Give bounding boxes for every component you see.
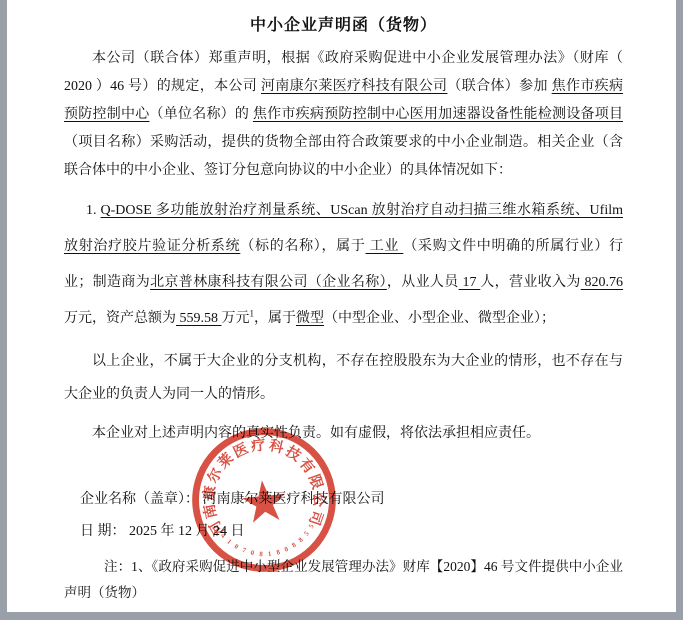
paragraph-item-1: 1. Q-DOSE 多功能放射治疗剂量系统、UScan 放射治疗自动扫描三维水箱… [64, 193, 623, 337]
text-segment: ，从业人员 [387, 275, 459, 290]
paragraph-responsibility: 本企业对上述声明内容的真实性负责。如有虚假，将依法承担相应责任。 [64, 419, 623, 448]
text-segment: 微型 [296, 311, 324, 326]
doc-title: 中小企业声明函（货物） [64, 12, 623, 35]
text-segment: 万元 [222, 311, 250, 326]
text-segment: 本企业对上述声明内容的真实性负责。如有虚假，将依法承担相应责任。 [92, 426, 540, 441]
text-segment: 820.76 [581, 275, 623, 290]
text-segment: （标的名称），属于 [240, 239, 365, 254]
text-segment: 559.58 [176, 311, 222, 326]
note-line: 注：1、《政府采购促进中小型企业发展管理办法》财库【2020】46 号文件提供中… [64, 554, 623, 606]
document-page: 中小企业声明函（货物） 本公司（联合体）郑重声明，根据《政府采购促进中小企业发展… [0, 0, 683, 620]
text-segment: （中型企业、小型企业、微型企业）； [324, 311, 555, 326]
page-edge-left [0, 0, 7, 620]
paragraph-declaration: 本公司（联合体）郑重声明，根据《政府采购促进中小企业发展管理办法》（财库（ 20… [64, 45, 623, 185]
paragraph-no-branch: 以上企业，不属于大企业的分支机构，不存在控股股东为大企业的情形，也不存在与大企业… [64, 345, 623, 411]
text-segment: 1. [86, 203, 101, 218]
text-segment: 以上企业，不属于大企业的分支机构，不存在控股股东为大企业的情形，也不存在与大企业… [64, 354, 623, 402]
text-segment: （单位名称）的 [149, 107, 252, 122]
document-body: 中小企业声明函（货物） 本公司（联合体）郑重声明，根据《政府采购促进中小企业发展… [64, 0, 623, 606]
company-name-value: 河南康尔莱医疗科技有限公司 [203, 492, 385, 507]
date-label: 日 期： [80, 524, 126, 539]
date-value: 2025 年 12 月 24 日 [129, 524, 245, 539]
date-line: 日 期： 2025 年 12 月 24 日 [64, 520, 623, 540]
text-segment: （项目名称）采购活动，提供的货物全部由符合政策要求的中小企业制造。相关企业（含联… [64, 135, 623, 178]
company-name-line: 企业名称（盖章）： 河南康尔莱医疗科技有限公司 [64, 488, 623, 508]
text-segment: ，属于 [254, 311, 296, 326]
text-segment: 河南康尔莱医疗科技有限公司 [261, 79, 447, 94]
text-segment: 万元，资产总额为 [64, 311, 176, 326]
text-segment: 工业 [366, 239, 404, 254]
company-name-label: 企业名称（盖章）： [80, 492, 199, 507]
text-segment: （联合体）参加 [447, 79, 551, 94]
text-segment: 焦作市疾病预防控制中心医用加速器设备性能检测设备项目 [253, 107, 623, 122]
text-segment: 17 [459, 275, 481, 290]
text-segment: 北京普林康科技有限公司（企业名称） [150, 275, 387, 290]
page-edge-bottom [0, 612, 683, 620]
page-edge-right [676, 0, 683, 620]
text-segment: 人，营业收入为 [480, 275, 580, 290]
